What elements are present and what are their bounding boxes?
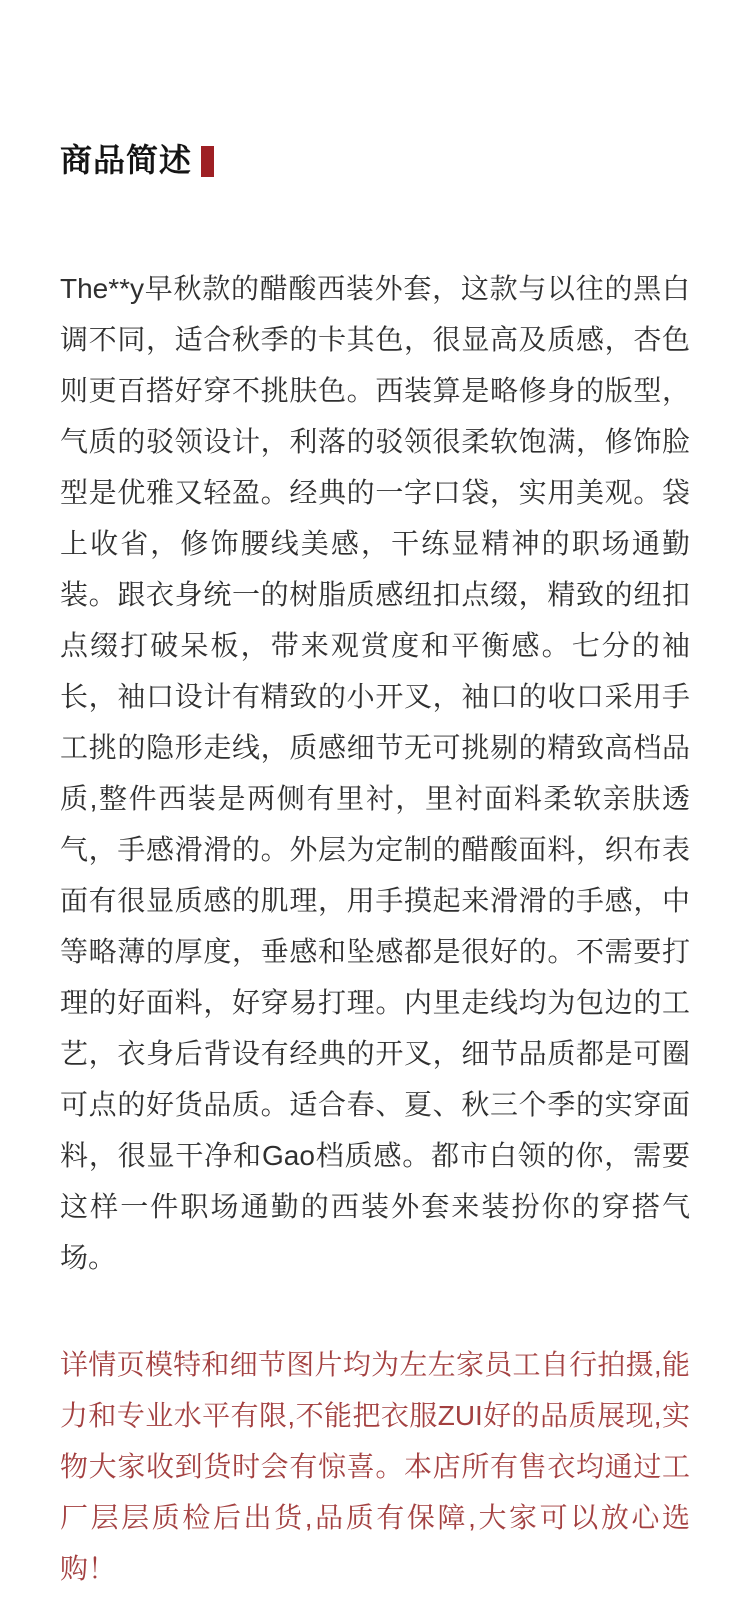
product-description-text: The**y早秋款的醋酸西装外套，这款与以往的黑白调不同，适合秋季的卡其色，很显…: [60, 263, 690, 1283]
section-title: 商品简述: [60, 142, 192, 178]
section-header: 商品简述: [60, 142, 690, 178]
product-description-section: 商品简述 The**y早秋款的醋酸西装外套，这款与以往的黑白调不同，适合秋季的卡…: [0, 0, 750, 1599]
store-disclaimer-text: 详情页模特和细节图片均为左左家员工自行拍摄,能力和专业水平有限,不能把衣服ZUI…: [60, 1339, 690, 1594]
accent-bar: [201, 146, 214, 177]
